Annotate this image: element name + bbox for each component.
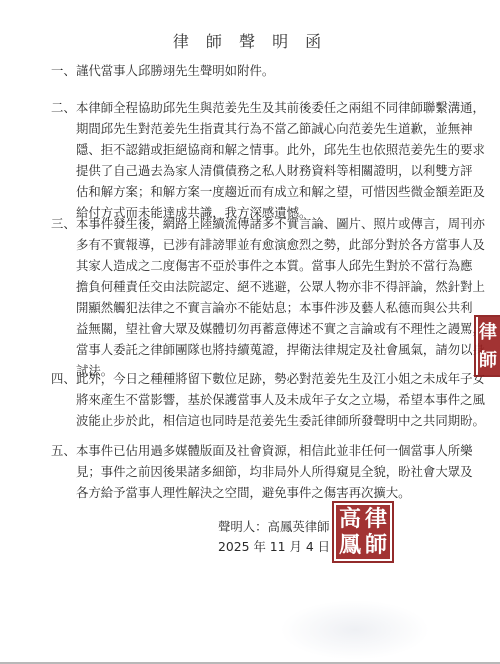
item-line: 此外，今日之種種將留下數位足跡，勢必對范姜先生及江小姐之未成年子女 — [76, 368, 466, 389]
item-line: 本事件發生後，網路上陸續流傳諸多不實言論、圖片、照片或傳言，周刊亦 — [76, 213, 466, 234]
seal-glyph: 高 — [337, 506, 363, 532]
statement-item-2: 二、 本律師全程協助邱先生與范姜先生及其前後委任之兩組不同律師聯繫溝通， 期間邱… — [51, 97, 466, 223]
signature-date: 2025 年 11 月 4 日 — [218, 537, 330, 557]
item-line: 開顯然觸犯法律之不實言論亦不能姑息；本事件涉及藝人私德而與公共利 — [76, 297, 466, 318]
scan-smudge — [280, 600, 430, 660]
document-title: 律 師 聲 明 函 — [0, 29, 500, 52]
item-line: 擔負何種責任交由法院認定、絕不逃避，公眾人物亦非不得評論，然針對上 — [76, 276, 466, 297]
item-line: 謹代當事人邱勝翊先生聲明如附件。 — [76, 60, 466, 81]
item-body: 此外，今日之種種將留下數位足跡，勢必對范姜先生及江小姐之未成年子女 將來產生不當… — [76, 368, 466, 431]
item-line: 本事件已佔用過多媒體版面及社會資源，相信此並非任何一個當事人所樂 — [76, 440, 466, 461]
item-line: 見；事件之前因後果諸多細節，均非局外人所得窺見全貌，盼社會大眾及 — [76, 461, 466, 482]
item-line: 益無關，望社會大眾及媒體切勿再蓄意傳述不實之言論或有不理性之謾罵， — [76, 318, 466, 339]
item-number: 四、 — [51, 368, 77, 389]
item-line: 當事人委託之律師團隊也將持續蒐證，捍衛法律規定及社會風氣，請勿以身 — [76, 339, 466, 360]
declarant-name: 聲明人：高鳳英律師 — [218, 517, 330, 537]
lawyer-seal-stamp: 高 律 鳳 師 — [332, 501, 394, 563]
signature-block: 聲明人：高鳳英律師 2025 年 11 月 4 日 — [218, 517, 330, 557]
item-line: 期間邱先生對范姜先生指責其行為不當乙節誠心向范姜先生道歉，並無神 — [76, 118, 466, 139]
seal-glyph: 律 — [363, 506, 389, 532]
item-body: 本律師全程協助邱先生與范姜先生及其前後委任之兩組不同律師聯繫溝通， 期間邱先生對… — [76, 97, 466, 223]
seal-glyph: 律 — [479, 319, 500, 347]
item-line: 估和解方案；和解方案一度趨近而有成立和解之望，可惜因些微金額差距及 — [76, 181, 466, 202]
item-line: 提供了自己過去為家人清償債務之私人財務資料等相關證明，以利雙方評 — [76, 160, 466, 181]
seal-glyph: 師 — [479, 347, 500, 375]
item-line: 多有不實報導，已涉有誹謗罪並有愈演愈烈之勢，此部分對於各方當事人及 — [76, 234, 466, 255]
item-line: 其家人造成之二度傷害不亞於事件之本質。當事人邱先生對於不當行為應 — [76, 255, 466, 276]
item-body: 謹代當事人邱勝翊先生聲明如附件。 — [76, 60, 466, 81]
item-number: 一、 — [51, 60, 77, 81]
item-line: 本律師全程協助邱先生與范姜先生及其前後委任之兩組不同律師聯繫溝通， — [76, 97, 466, 118]
item-number: 五、 — [51, 440, 77, 461]
item-line: 將來產生不當影響，基於保護當事人及未成年子女之立場，希望本事件之風 — [76, 389, 466, 410]
item-body: 本事件發生後，網路上陸續流傳諸多不實言論、圖片、照片或傳言，周刊亦 多有不實報導… — [76, 213, 466, 381]
item-line: 各方給予當事人理性解決之空間，避免事件之傷害再次擴大。 — [76, 482, 466, 503]
statement-item-1: 一、 謹代當事人邱勝翊先生聲明如附件。 — [51, 60, 466, 81]
document-page: 律 師 聲 明 函 一、 謹代當事人邱勝翊先生聲明如附件。 二、 本律師全程協助… — [0, 0, 500, 662]
paging-seal-stamp: 律 師 — [474, 315, 500, 377]
item-line: 波能止步於此，相信這也同時是范姜先生委託律師所發聲明中之共同期盼。 — [76, 410, 466, 431]
item-body: 本事件已佔用過多媒體版面及社會資源，相信此並非任何一個當事人所樂 見；事件之前因… — [76, 440, 466, 503]
statement-item-4: 四、 此外，今日之種種將留下數位足跡，勢必對范姜先生及江小姐之未成年子女 將來產… — [51, 368, 466, 431]
item-number: 二、 — [51, 97, 77, 118]
item-line: 隱、拒不認錯或拒絕協商和解之情事。此外，邱先生也依照范姜先生的要求 — [76, 139, 466, 160]
statement-item-5: 五、 本事件已佔用過多媒體版面及社會資源，相信此並非任何一個當事人所樂 見；事件… — [51, 440, 466, 503]
seal-glyph: 師 — [363, 532, 389, 558]
statement-item-3: 三、 本事件發生後，網路上陸續流傳諸多不實言論、圖片、照片或傳言，周刊亦 多有不… — [51, 213, 466, 381]
seal-glyph: 鳳 — [337, 532, 363, 558]
item-number: 三、 — [51, 213, 77, 234]
